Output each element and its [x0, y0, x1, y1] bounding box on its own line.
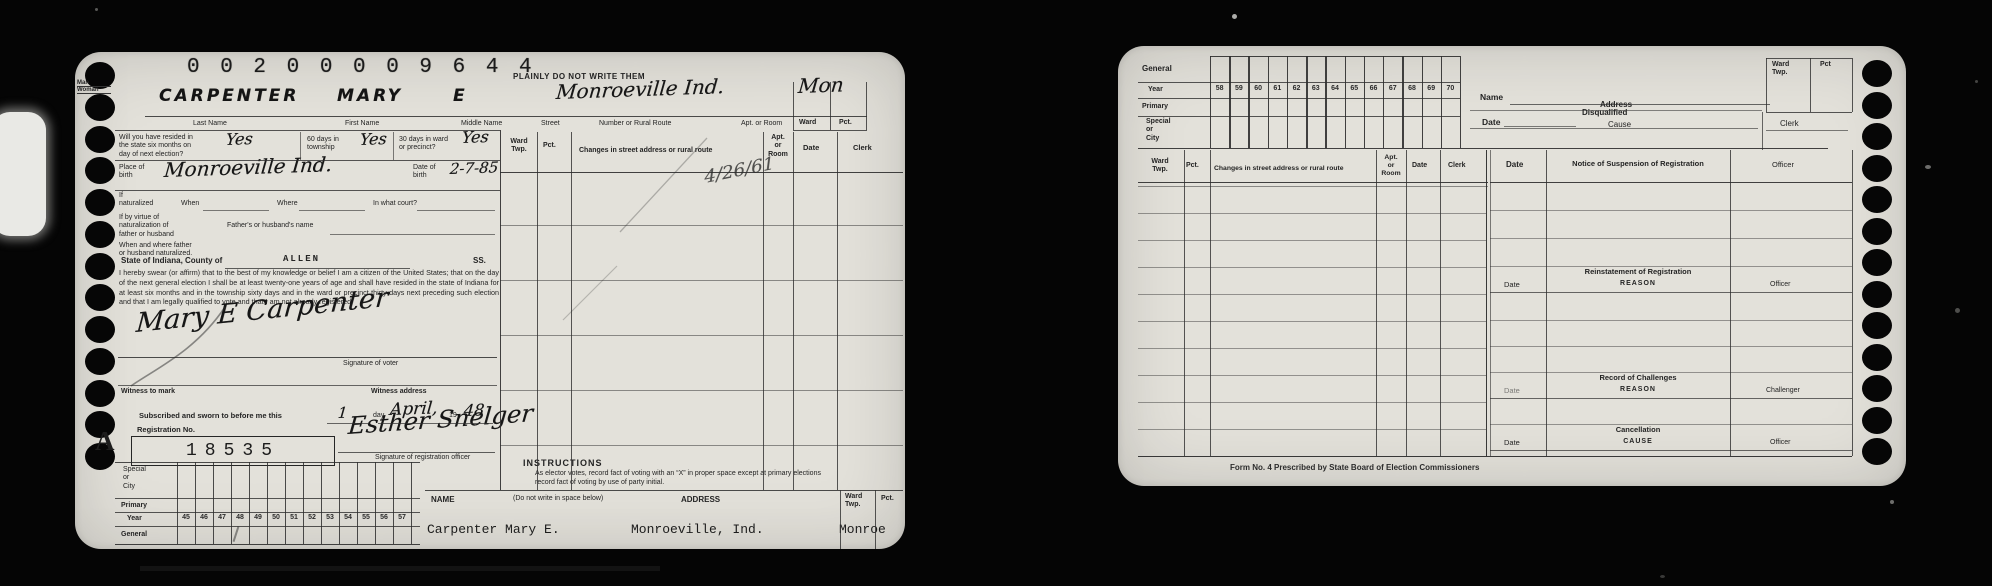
rule-line	[1490, 450, 1852, 451]
punch-hole	[1862, 60, 1892, 87]
rule-line	[1138, 375, 1486, 376]
rule-line	[195, 462, 196, 544]
rule-line	[500, 280, 903, 281]
rule-line	[1546, 150, 1547, 456]
rule-line	[1766, 112, 1852, 113]
cancellation-cause-label: CAUSE	[1546, 438, 1730, 446]
rule-line	[500, 225, 903, 226]
year-cell: 62	[1287, 85, 1306, 97]
clerk-label: Clerk	[1780, 119, 1799, 128]
changes-header: Changes in street address or rural route	[1214, 165, 1344, 173]
rule-line	[1138, 186, 1488, 187]
rule-line	[1138, 456, 1852, 457]
rule-line	[1490, 372, 1852, 373]
punch-hole	[1862, 249, 1892, 276]
date-label: Date	[1482, 117, 1500, 127]
rule-line	[285, 462, 286, 544]
rule-line	[425, 490, 903, 491]
rule-line	[840, 490, 841, 549]
punch-hole	[1862, 438, 1892, 465]
rule-line	[1422, 56, 1423, 148]
cancellation-date-label: Date	[1504, 439, 1520, 448]
rule-line	[1490, 266, 1852, 267]
year-cell: 63	[1306, 85, 1325, 97]
rule-line	[1470, 110, 1762, 111]
rule-line	[500, 335, 903, 336]
rule-line	[327, 423, 369, 424]
punch-hole	[1862, 92, 1892, 119]
film-speck	[95, 8, 98, 11]
rule-line	[1852, 58, 1853, 112]
year-cell: 59	[1229, 85, 1248, 97]
rule-line	[1345, 56, 1346, 148]
year-cell: 68	[1402, 85, 1421, 97]
film-speck	[1660, 575, 1665, 578]
year-cell: 61	[1268, 85, 1287, 97]
punch-hole	[1862, 344, 1892, 371]
rule-line	[1490, 320, 1852, 321]
changes-pct-header: Pct.	[1186, 162, 1199, 170]
cancellation-officer-label: Officer	[1770, 439, 1791, 447]
form-footer: Form No. 4 Prescribed by State Board of …	[1230, 463, 1479, 472]
rule-line	[500, 390, 903, 391]
film-speck	[1890, 500, 1894, 504]
year-cell: 66	[1364, 85, 1383, 97]
rule-line	[115, 190, 500, 191]
rule-line	[1470, 128, 1758, 129]
rule-line	[1287, 56, 1288, 148]
challenges-reason-label: REASON	[1546, 386, 1730, 394]
rule-line	[500, 130, 501, 490]
rule-line	[1810, 58, 1811, 112]
rule-line	[378, 423, 493, 424]
year-cell: 64	[1325, 85, 1344, 97]
rule-line	[1325, 56, 1326, 148]
rule-line	[1766, 130, 1848, 131]
rule-line	[1440, 150, 1441, 456]
rule-line	[1138, 240, 1486, 241]
reinstatement-reason-label: REASON	[1546, 280, 1730, 288]
rule-line	[1184, 150, 1185, 456]
rule-line	[1306, 56, 1307, 148]
rule-line	[225, 268, 410, 269]
rule-line	[118, 357, 497, 358]
rule-line	[118, 385, 497, 386]
punch-hole	[1862, 375, 1892, 402]
film-light-blob	[0, 112, 46, 236]
rule-line	[1138, 82, 1460, 83]
rule-line	[1138, 267, 1486, 268]
rule-line	[1490, 210, 1852, 211]
rule-line	[571, 132, 572, 490]
microfilm-frame: 0 0 2 0 0 0 0 9 6 4 4 PLAINLY DO NOT WRI…	[0, 0, 1992, 586]
rule-line	[339, 462, 340, 544]
changes-date-header: Date	[1412, 162, 1427, 170]
rule-line	[1730, 150, 1731, 456]
suspension-date-header: Date	[1506, 160, 1523, 169]
suspension-officer-header: Officer	[1772, 161, 1794, 170]
punch-hole	[1862, 312, 1892, 339]
punch-hole-strip	[1862, 60, 1894, 465]
rule-line	[267, 462, 268, 544]
rule-line	[1490, 424, 1852, 425]
punch-hole	[1862, 186, 1892, 213]
rule-line	[357, 462, 358, 544]
rule-line	[249, 462, 250, 544]
rule-line	[231, 462, 232, 544]
rule-line	[1138, 116, 1460, 117]
rule-line	[1402, 56, 1403, 148]
challenges-title: Record of Challenges	[1546, 374, 1730, 383]
year-cell: 70	[1441, 85, 1460, 97]
rule-line	[1138, 402, 1486, 403]
rule-line	[1210, 56, 1211, 148]
rule-line	[1376, 150, 1377, 456]
rule-line	[1138, 321, 1486, 322]
rule-line	[1138, 182, 1488, 183]
year-cell: 58	[1210, 85, 1229, 97]
rule-line	[1510, 104, 1770, 105]
general-label: General	[1142, 64, 1172, 73]
rule-line	[177, 462, 178, 544]
rule-line	[1490, 398, 1852, 399]
year-cell: 69	[1422, 85, 1441, 97]
rule-line	[1364, 56, 1365, 148]
rule-line	[793, 82, 794, 130]
rule-line	[338, 452, 495, 453]
film-speck	[1925, 165, 1931, 169]
rule-line	[1490, 346, 1852, 347]
film-speck	[1975, 80, 1978, 83]
changes-apt-header: Apt. or Room	[1378, 154, 1404, 178]
rule-line	[213, 462, 214, 544]
rule-line	[500, 172, 903, 173]
rule-line	[1762, 112, 1763, 150]
punch-hole	[1862, 281, 1892, 308]
rule-line	[1138, 98, 1460, 99]
rule-line	[1229, 56, 1230, 148]
rule-line	[1504, 126, 1576, 127]
rule-line	[411, 462, 412, 544]
rule-line	[830, 82, 831, 130]
challenger-label: Challenger	[1766, 387, 1800, 395]
rule-line	[145, 116, 867, 117]
rule-line	[1248, 56, 1249, 148]
rule-line	[1852, 150, 1853, 456]
voter-registration-card: 0 0 2 0 0 0 0 9 6 4 4 PLAINLY DO NOT WRI…	[75, 52, 905, 549]
special-city-label: Special or City	[1146, 118, 1171, 143]
year-cell: 65	[1345, 85, 1364, 97]
rule-line	[1766, 58, 1767, 112]
challenges-date-label: Date	[1504, 387, 1520, 396]
rule-line	[1490, 182, 1852, 183]
rule-line	[330, 234, 495, 235]
rule-line	[1406, 150, 1407, 456]
reinstatement-officer-label: Officer	[1770, 281, 1791, 289]
rule-line	[1138, 148, 1828, 149]
ward-twp-box-label: Ward Twp.	[1772, 61, 1789, 78]
rule-line	[299, 210, 365, 211]
rule-line	[1766, 58, 1852, 59]
rule-line	[500, 445, 903, 446]
rule-line	[537, 132, 538, 490]
film-smear	[140, 566, 660, 571]
pct-box-label: Pct	[1820, 61, 1831, 69]
rule-line	[300, 132, 301, 160]
year-cell: 67	[1383, 85, 1402, 97]
rule-line	[375, 462, 376, 544]
rule-line	[1210, 150, 1211, 456]
rule-line	[1441, 56, 1442, 148]
rule-line	[203, 210, 269, 211]
rule-line	[1268, 56, 1269, 148]
film-speck	[1955, 308, 1960, 313]
rule-line	[1490, 238, 1852, 239]
pen-strokes	[75, 52, 905, 549]
punch-hole	[1862, 407, 1892, 434]
reinstatement-date-label: Date	[1504, 281, 1520, 290]
rule-line	[393, 462, 394, 544]
rule-line	[115, 130, 500, 131]
year-cell: 60	[1248, 85, 1267, 97]
changes-ward-twp-header: Ward Twp.	[1142, 158, 1178, 175]
rule-line	[1138, 348, 1486, 349]
rule-line	[115, 160, 500, 161]
year-label: Year	[1148, 86, 1163, 94]
rule-line	[417, 210, 495, 211]
changes-clerk-header: Clerk	[1448, 162, 1466, 170]
rule-line	[115, 544, 420, 545]
rule-line	[763, 132, 764, 490]
suspension-title: Notice of Suspension of Registration	[1546, 160, 1730, 169]
rule-line	[837, 132, 838, 490]
punch-hole	[1862, 123, 1892, 150]
registration-record-card: General Year Primary Special or City 585…	[1118, 46, 1906, 486]
rule-line	[1486, 150, 1487, 456]
cancellation-title: Cancellation	[1546, 426, 1730, 435]
rule-line	[321, 462, 322, 544]
rule-line	[1490, 150, 1491, 456]
reinstatement-title: Reinstatement of Registration	[1546, 268, 1730, 277]
primary-label: Primary	[1142, 103, 1168, 111]
rule-line	[1490, 292, 1852, 293]
rule-line	[1138, 213, 1486, 214]
rule-line	[793, 130, 867, 131]
punch-hole	[1862, 155, 1892, 182]
name-label: Name	[1480, 92, 1503, 102]
film-speck	[1232, 14, 1237, 19]
rule-line	[793, 132, 794, 490]
rule-line	[1460, 56, 1461, 148]
rule-line	[1138, 294, 1486, 295]
rule-line	[1138, 429, 1486, 430]
rule-line	[1383, 56, 1384, 148]
punch-hole	[1862, 218, 1892, 245]
rule-line	[303, 462, 304, 544]
rule-line	[393, 132, 394, 160]
rule-line	[866, 82, 867, 130]
rule-line	[875, 490, 876, 549]
